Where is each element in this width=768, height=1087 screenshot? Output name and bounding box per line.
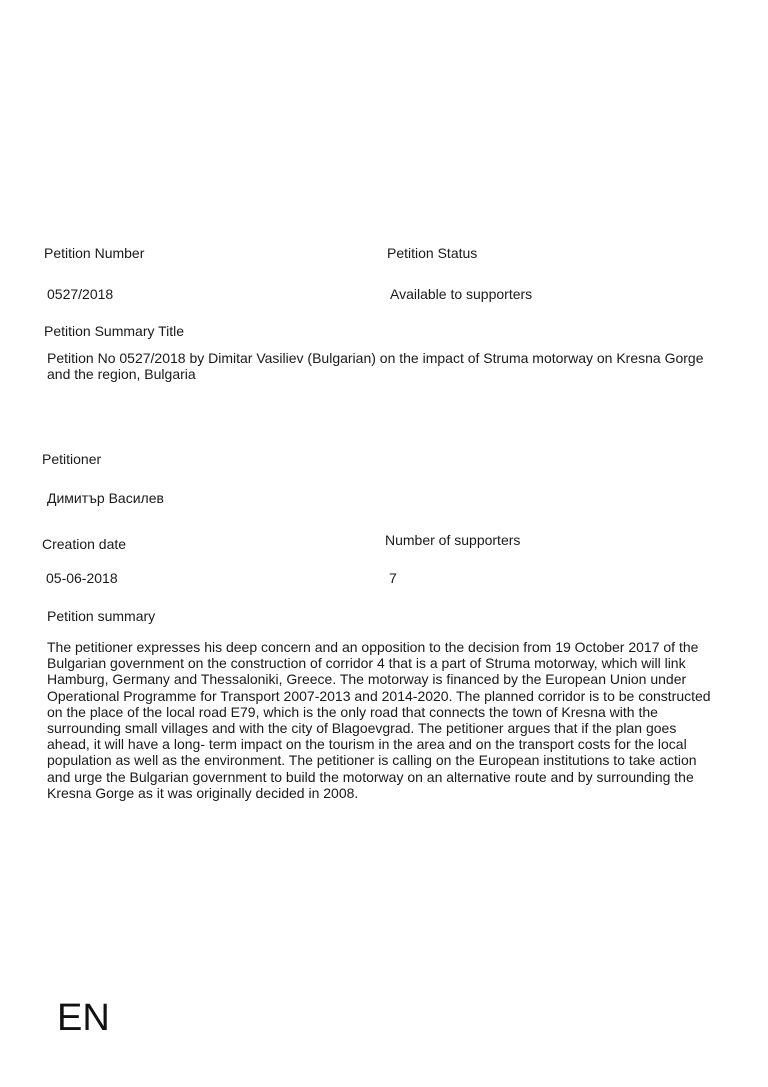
creation-date-label: Creation date (42, 536, 126, 552)
petition-number-value: 0527/2018 (47, 286, 113, 302)
creation-date-value: 05-06-2018 (46, 570, 118, 586)
petition-summary-label: Petition summary (47, 608, 155, 624)
petition-status-value: Available to supporters (390, 286, 532, 302)
supporters-count: 7 (389, 570, 397, 586)
summary-title-value: Petition No 0527/2018 by Dimitar Vasilie… (47, 350, 717, 382)
supporters-label: Number of supporters (385, 532, 520, 548)
summary-title-label: Petition Summary Title (44, 323, 184, 339)
petition-summary-text: The petitioner expresses his deep concer… (47, 639, 719, 801)
petition-number-label: Petition Number (44, 245, 144, 261)
petition-status-label: Petition Status (387, 245, 477, 261)
petitioner-value: Димитър Василев (47, 490, 164, 506)
language-code: EN (57, 996, 110, 1040)
petitioner-label: Petitioner (42, 451, 101, 467)
